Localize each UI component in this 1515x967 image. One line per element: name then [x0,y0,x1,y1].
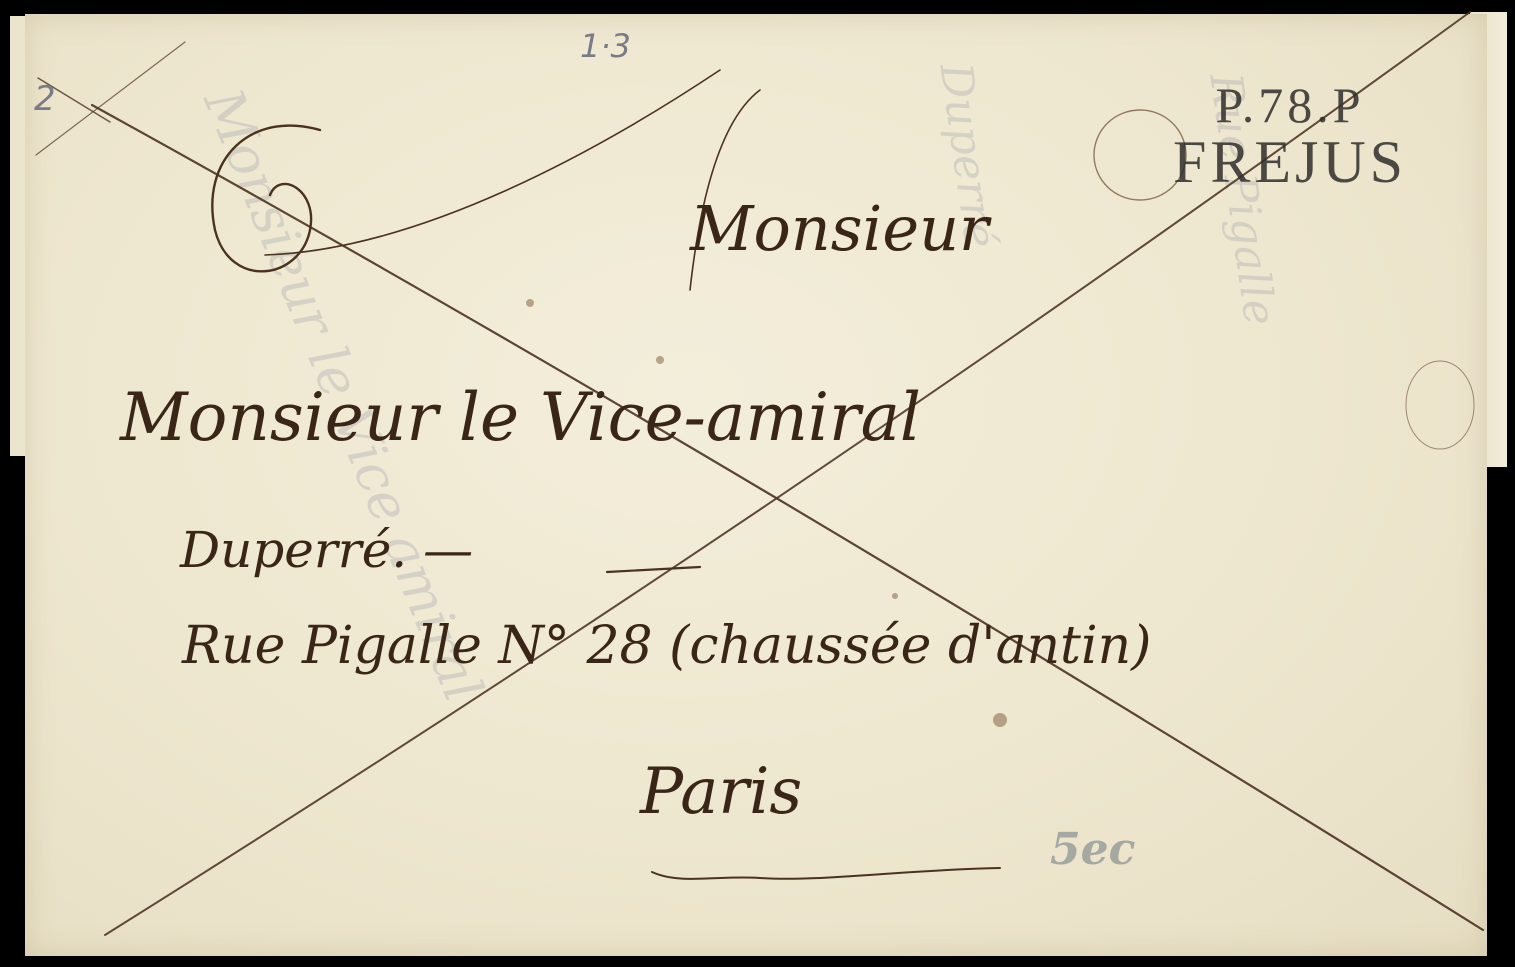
pencil-corner-number: 2 [34,82,56,116]
address-line-3: Rue Pigalle N° 28 (chaussée d'antin) [182,620,1151,672]
tax-mark: 5ec [1050,828,1135,872]
address-line-2: Duperré. — [180,525,473,575]
postmark-line-2: FREJUS [1120,132,1460,192]
postmark-line-1: P.78.P [1120,80,1460,130]
postmark: P.78.P FREJUS [1120,80,1460,192]
pencil-reference-number: 1·3 [580,30,631,62]
letter-scan: Monsieur le Vice amiral Duperré Rue Piga… [0,0,1515,967]
address-city: Paris [640,760,802,824]
address-salutation: Monsieur [690,198,989,260]
address-line-1: Monsieur le Vice-amiral [120,385,921,451]
